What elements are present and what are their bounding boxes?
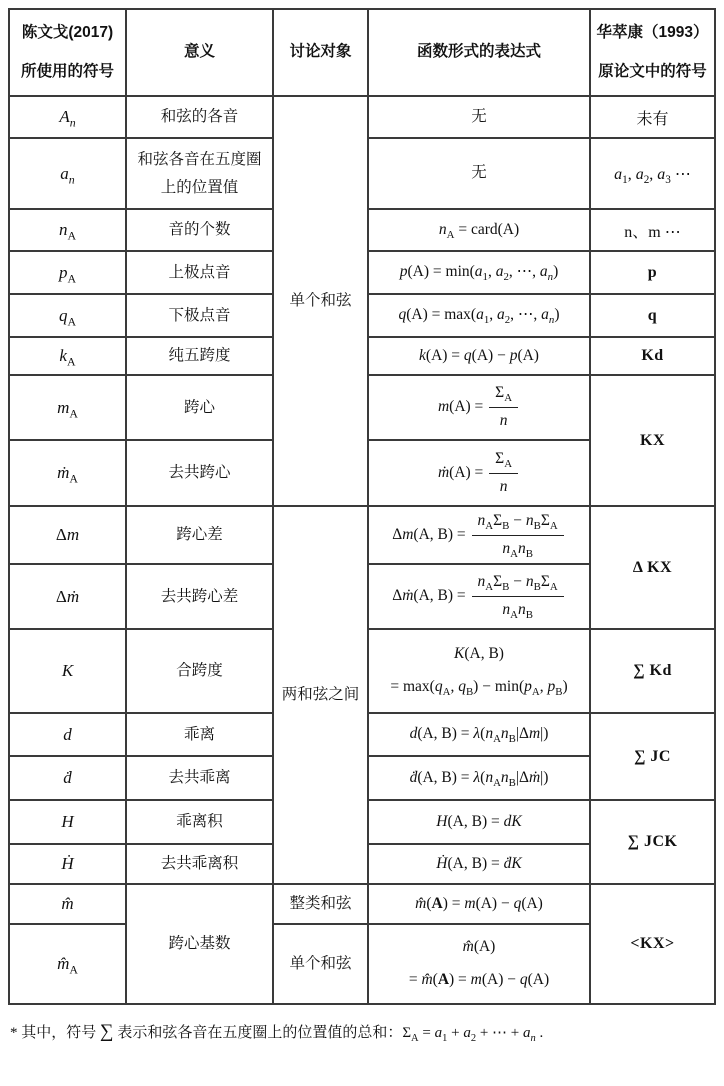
meaning-cell: 和弦的各音 — [126, 96, 273, 138]
chen-symbol-cell: ṁA — [9, 440, 126, 506]
meaning-cell: 上极点音 — [126, 251, 273, 294]
meaning-cell: 跨心差 — [126, 506, 273, 564]
row-delta-m: Δm 跨心差 两和弦之间 Δm(A, B) = nAΣB − nBΣAnAnB … — [9, 506, 715, 564]
hua-symbol-cell: n、m ⋯ — [590, 209, 715, 251]
discussion-object-cell-single-chord: 单个和弦 — [273, 96, 368, 506]
row-mhat: m̂ 跨心基数 整类和弦 m̂(A) = m(A) − q(A) <KX> — [9, 884, 715, 924]
chen-symbol-cell: Δṁ — [9, 564, 126, 629]
chen-symbol-cell: K — [9, 629, 126, 713]
chen-symbol-cell: Ḣ — [9, 844, 126, 884]
chen-symbol-cell: pA — [9, 251, 126, 294]
meaning-cell: 乖离积 — [126, 800, 273, 844]
formula-cell: H(A, B) = dK — [368, 800, 590, 844]
header-row: 陈文戈(2017) 所使用的符号 意义 讨论对象 函数形式的表达式 华萃康（19… — [9, 9, 715, 96]
header-hua-line1: 华萃康（1993） — [594, 24, 711, 43]
notation-comparison-table: 陈文戈(2017) 所使用的符号 意义 讨论对象 函数形式的表达式 华萃康（19… — [8, 8, 716, 1005]
meaning-cell: 音的个数 — [126, 209, 273, 251]
hua-symbol-cell: a1, a2, a3 ⋯ — [590, 138, 715, 209]
chen-symbol-cell: m̂ — [9, 884, 126, 924]
hua-symbol-cell: Kd — [590, 337, 715, 375]
header-chen-line1: 陈文戈(2017) — [13, 24, 122, 43]
header-chen-symbols: 陈文戈(2017) 所使用的符号 — [9, 9, 126, 96]
hua-symbol-cell-JCK: ∑ JCK — [590, 800, 715, 884]
meaning-cell: 去共乖离 — [126, 756, 273, 800]
meaning-cell: 乖离 — [126, 713, 273, 756]
chen-symbol-cell: H — [9, 800, 126, 844]
formula-cell: 无 — [368, 96, 590, 138]
hua-symbol-cell-KX: KX — [590, 375, 715, 506]
formula-cell: q(A) = max(a1, a2, ⋯, an) — [368, 294, 590, 337]
formula-cell: ḋ(A, B) = λ(nAnB|Δṁ|) — [368, 756, 590, 800]
meaning-cell: 跨心 — [126, 375, 273, 440]
chen-symbol-cell: An — [9, 96, 126, 138]
chen-symbol-cell: an — [9, 138, 126, 209]
row-An: An 和弦的各音 单个和弦 无 未有 — [9, 96, 715, 138]
hua-symbol-cell-delta-KX: Δ KX — [590, 506, 715, 629]
formula-cell: p(A) = min(a1, a2, ⋯, an) — [368, 251, 590, 294]
chen-symbol-cell: ḋ — [9, 756, 126, 800]
meaning-cell-span-base: 跨心基数 — [126, 884, 273, 1004]
formula-cell: 无 — [368, 138, 590, 209]
formula-cell: nA = card(A) — [368, 209, 590, 251]
chen-symbol-cell: Δm — [9, 506, 126, 564]
hua-symbol-cell-angle-KX: <KX> — [590, 884, 715, 1004]
formula-cell: m(A) = ΣAn — [368, 375, 590, 440]
formula-cell: m̂(A) = m(A) − q(A) — [368, 884, 590, 924]
chen-symbol-cell: mA — [9, 375, 126, 440]
hua-symbol-cell: ∑ Kd — [590, 629, 715, 713]
hua-symbol-cell: 未有 — [590, 96, 715, 138]
header-meaning: 意义 — [126, 9, 273, 96]
chen-symbol-cell: nA — [9, 209, 126, 251]
hua-symbol-cell-JC: ∑ JC — [590, 713, 715, 800]
meaning-cell: 纯五跨度 — [126, 337, 273, 375]
discussion-object-cell-single-chord-2: 单个和弦 — [273, 924, 368, 1004]
formula-cell: d(A, B) = λ(nAnB|Δm|) — [368, 713, 590, 756]
hua-symbol-cell: p — [590, 251, 715, 294]
chen-symbol-cell: kA — [9, 337, 126, 375]
discussion-object-cell-two-chords: 两和弦之间 — [273, 506, 368, 884]
formula-cell: m̂(A)= m̂(A) = m(A) − q(A) — [368, 924, 590, 1004]
discussion-object-cell-whole-class: 整类和弦 — [273, 884, 368, 924]
header-hua-line2: 原论文中的符号 — [594, 63, 711, 82]
formula-cell: Ḣ(A, B) = ḋK — [368, 844, 590, 884]
meaning-cell: 合跨度 — [126, 629, 273, 713]
formula-cell: K(A, B)= max(qA, qB) − min(pA, pB) — [368, 629, 590, 713]
hua-symbol-cell: q — [590, 294, 715, 337]
chen-symbol-cell: m̂A — [9, 924, 126, 1004]
meaning-cell: 和弦各音在五度圈上的位置值 — [126, 138, 273, 209]
header-chen-line2: 所使用的符号 — [13, 63, 122, 82]
meaning-cell: 下极点音 — [126, 294, 273, 337]
header-formula: 函数形式的表达式 — [368, 9, 590, 96]
meaning-cell: 去共跨心 — [126, 440, 273, 506]
chen-symbol-cell: qA — [9, 294, 126, 337]
formula-cell: Δṁ(A, B) = nAΣB − nBΣAnAnB — [368, 564, 590, 629]
header-hua-symbols: 华萃康（1993） 原论文中的符号 — [590, 9, 715, 96]
formula-cell: k(A) = q(A) − p(A) — [368, 337, 590, 375]
meaning-cell: 去共乖离积 — [126, 844, 273, 884]
header-discussion-object: 讨论对象 — [273, 9, 368, 96]
formula-cell: ṁ(A) = ΣAn — [368, 440, 590, 506]
meaning-cell: 去共跨心差 — [126, 564, 273, 629]
footnote: * 其中，符号 ∑ 表示和弦各音在五度圈上的位置值的总和：ΣA = a1 + a… — [10, 1018, 716, 1047]
chen-symbol-cell: d — [9, 713, 126, 756]
formula-cell: Δm(A, B) = nAΣB − nBΣAnAnB — [368, 506, 590, 564]
